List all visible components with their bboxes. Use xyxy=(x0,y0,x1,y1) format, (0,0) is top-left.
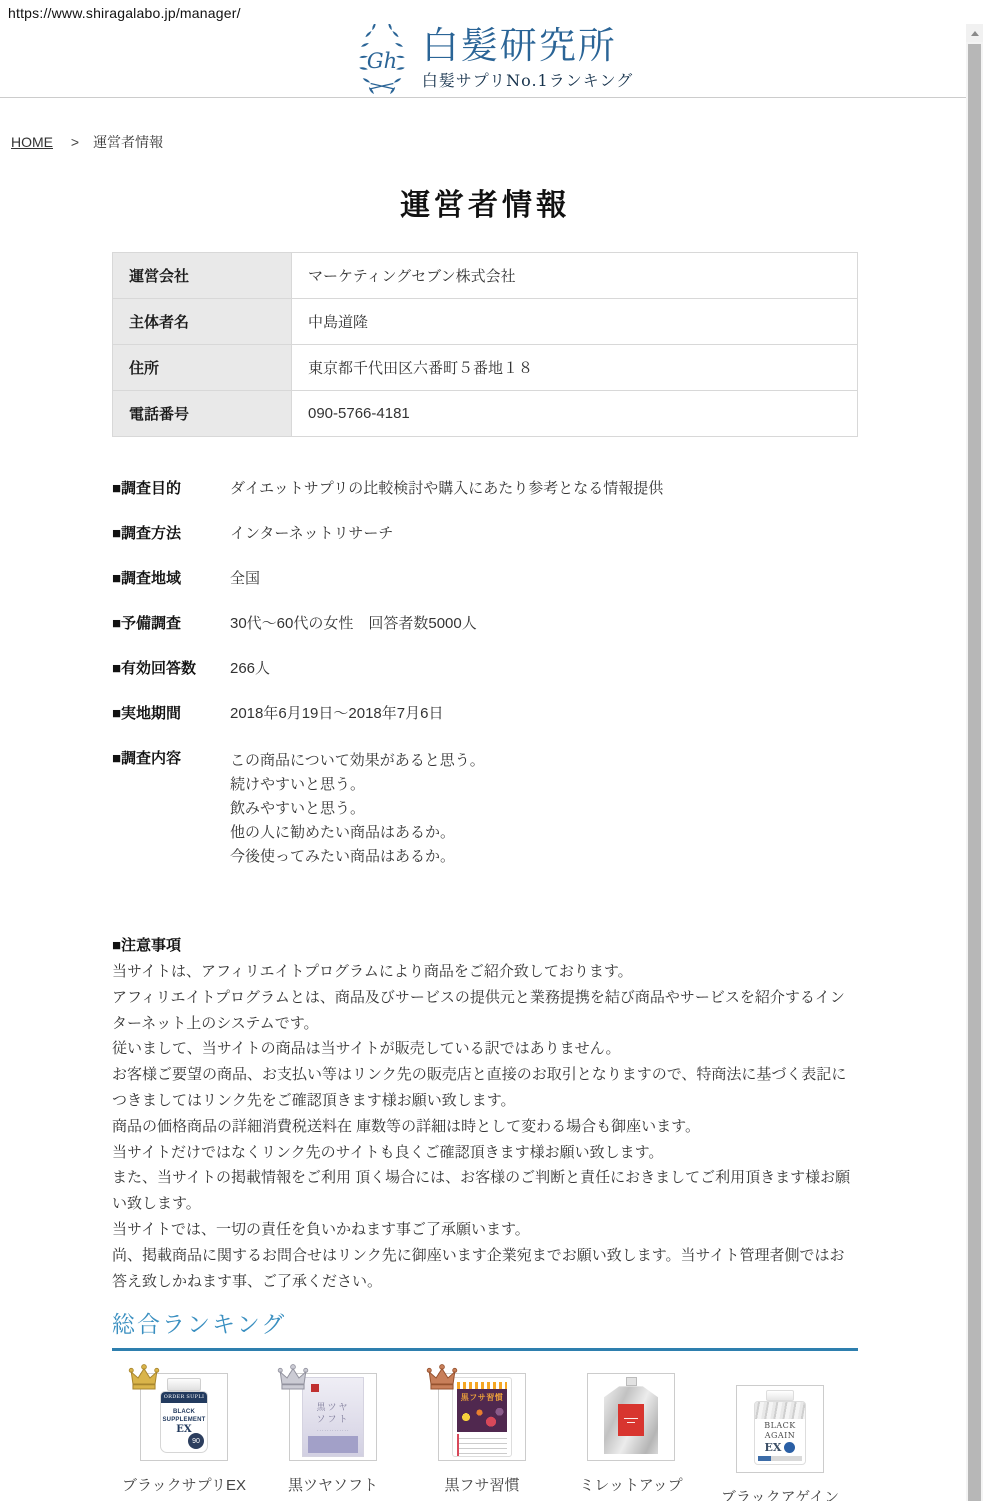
survey-item: ■実地期間 2018年6月19日～2018年7月6日 xyxy=(112,704,858,724)
bottle-cap xyxy=(167,1378,201,1391)
product-pouch-art: 黒ツヤ ソフト ･････････････ xyxy=(302,1377,364,1457)
product-pouch-art xyxy=(603,1377,659,1457)
breadcrumb-home-link[interactable]: HOME xyxy=(11,134,53,150)
survey-item-value: この商品について効果があると思う。 続けやすいと思う。 飲みやすいと思う。 他の… xyxy=(230,749,485,869)
product-name[interactable]: ブラックサプリEX xyxy=(109,1474,259,1495)
survey-content-line: 今後使ってみたい商品はあるか。 xyxy=(230,845,485,869)
site-title: 白髪研究所 xyxy=(422,27,634,66)
bottle-blue-badge xyxy=(784,1442,795,1453)
product-bottle-art: BLACK AGAIN EX xyxy=(753,1390,807,1468)
table-row-label: 主体者名 xyxy=(113,299,292,345)
pouch-logo-chip xyxy=(311,1384,319,1392)
breadcrumb: HOME > 運営者情報 xyxy=(11,132,983,152)
bottle-body: ORDER SUPLI BLACK SUPPLEMENT EX 90 xyxy=(160,1391,208,1453)
table-row-value: 090-5766-4181 xyxy=(292,391,858,437)
logo-monogram: Gh xyxy=(367,49,397,73)
product-image[interactable] xyxy=(587,1373,675,1461)
survey-item-value: 全国 xyxy=(230,569,260,589)
table-row-label: 住所 xyxy=(113,345,292,391)
notes-paragraph: 当サイトは、アフィリエイトプログラムにより商品をご紹介致しております。 xyxy=(112,959,858,985)
bronze-crown-icon xyxy=(425,1363,459,1393)
breadcrumb-separator: > xyxy=(71,134,79,150)
product-list: ORDER SUPLI BLACK SUPPLEMENT EX 90 ブラックサ… xyxy=(112,1373,858,1501)
notes-section: ■注意事項 当サイトは、アフィリエイトプログラムにより商品をご紹介致しております… xyxy=(112,933,858,1294)
product-name[interactable]: 黒フサ習慣 xyxy=(407,1474,557,1495)
page: https://www.shiragalabo.jp/manager/ xyxy=(0,0,983,1501)
table-row-value: 東京都千代田区六番町５番地１８ xyxy=(292,345,858,391)
survey-item-value: 30代～60代の女性 回答者数5000人 xyxy=(230,614,477,634)
table-row-label: 電話番号 xyxy=(113,391,292,437)
bottle-cap xyxy=(766,1390,794,1401)
product-item-black-again[interactable]: BLACK AGAIN EX ブラックアゲイン xyxy=(736,1385,826,1501)
notes-paragraph: 尚、掲載商品に関するお問合せはリンク先に御座います企業宛までお願い致します。当サ… xyxy=(112,1243,858,1295)
pouch-title-text: 黒フサ習慣 xyxy=(457,1389,507,1405)
site-logo-link[interactable]: Gh 白髪研究所 白髪サプリNo.1ランキング xyxy=(350,24,634,94)
survey-item: ■調査内容 この商品について効果があると思う。 続けやすいと思う。 飲みやすいと… xyxy=(112,749,858,869)
product-name[interactable]: ブラックアゲイン xyxy=(705,1486,855,1501)
table-row: 運営会社 マーケティングセブン株式会社 xyxy=(113,253,858,299)
survey-item: ■有効回答数 266人 xyxy=(112,659,858,679)
notes-paragraph: アフィリエイトプログラムとは、商品及びサービスの提供元と業務提携を結び商品やサー… xyxy=(112,985,858,1037)
survey-item-value: 266人 xyxy=(230,659,270,679)
survey-item-label: ■有効回答数 xyxy=(112,659,230,679)
survey-item: ■調査地域 全国 xyxy=(112,569,858,589)
ranking-heading: 総合ランキング xyxy=(112,1306,858,1351)
bottle-ex-text: EX xyxy=(765,1441,782,1454)
table-row: 主体者名 中島道隆 xyxy=(113,299,858,345)
bottle-label-text: BLACK AGAIN xyxy=(755,1421,805,1439)
table-row: 電話番号 090-5766-4181 xyxy=(113,391,858,437)
bottle-brand-text: ORDER SUPLI xyxy=(161,1392,207,1403)
survey-item: ■調査目的 ダイエットサプリの比較検討や購入にあたり参考となる情報提供 xyxy=(112,479,858,499)
pouch-red-label xyxy=(618,1404,644,1436)
product-name[interactable]: 黒ツヤソフト xyxy=(258,1474,408,1495)
site-subtitle: 白髪サプリNo.1ランキング xyxy=(422,68,634,91)
survey-item-label: ■実地期間 xyxy=(112,704,230,724)
bottle-swirl-pattern xyxy=(755,1402,805,1419)
scrollbar[interactable] xyxy=(966,24,983,1501)
gold-crown-icon xyxy=(127,1363,161,1393)
product-item-kurotsuya-soft[interactable]: 黒ツヤ ソフト ･････････････ 黒ツヤソフト xyxy=(289,1373,379,1501)
bottle-body: BLACK AGAIN EX xyxy=(754,1401,806,1465)
notes-heading: ■注意事項 xyxy=(112,933,858,959)
bottle-count-badge: 90 xyxy=(188,1433,204,1449)
pouch-top-strip xyxy=(457,1382,507,1389)
pouch-note-area xyxy=(457,1434,507,1456)
bottle-bottom-bar xyxy=(758,1456,802,1461)
bottle-label-text: BLACK SUPPLEMENT xyxy=(161,1409,207,1424)
survey-content-line: 飲みやすいと思う。 xyxy=(230,797,485,821)
notes-paragraph: 当サイトだけではなくリンク先のサイトも良くご確認頂きます様お願い致します。 xyxy=(112,1140,858,1166)
survey-item-value: ダイエットサプリの比較検討や購入にあたり参考となる情報提供 xyxy=(230,479,663,499)
pouch-bottom-band xyxy=(308,1436,358,1453)
notes-paragraph: 従いまして、当サイトの商品は当サイトが販売している訳ではありません。 xyxy=(112,1036,858,1062)
survey-content-line: この商品について効果があると思う。 xyxy=(230,749,485,773)
ranking-section: 総合ランキング ORDER SUPLI xyxy=(112,1306,858,1501)
notes-paragraph: お客様ご要望の商品、お支払い等はリンク先の販売店と直接のお取引となりますので、特… xyxy=(112,1062,858,1114)
survey-section: ■調査目的 ダイエットサプリの比較検討や購入にあたり参考となる情報提供 ■調査方… xyxy=(112,479,858,869)
scrollbar-thumb[interactable] xyxy=(968,44,981,1501)
table-row-value: マーケティングセブン株式会社 xyxy=(292,253,858,299)
silver-crown-icon xyxy=(276,1363,310,1393)
survey-item-label: ■調査内容 xyxy=(112,749,230,869)
page-title: 運営者情報 xyxy=(112,180,858,224)
product-bottle-art: ORDER SUPLI BLACK SUPPLEMENT EX 90 xyxy=(159,1378,209,1456)
table-row-label: 運営会社 xyxy=(113,253,292,299)
operator-info-table: 運営会社 マーケティングセブン株式会社 主体者名 中島道隆 住所 東京都千代田区… xyxy=(112,252,858,437)
survey-item-label: ■予備調査 xyxy=(112,614,230,634)
table-row: 住所 東京都千代田区六番町５番地１８ xyxy=(113,345,858,391)
pouch-body xyxy=(604,1386,658,1454)
page-url-text: https://www.shiragalabo.jp/manager/ xyxy=(8,5,241,21)
product-pouch-art: 黒フサ習慣 xyxy=(452,1377,512,1457)
product-name[interactable]: ミレットアップ xyxy=(556,1474,706,1495)
table-row-value: 中島道隆 xyxy=(292,299,858,345)
survey-item-label: ■調査目的 xyxy=(112,479,230,499)
pouch-illustration xyxy=(457,1405,507,1432)
notes-paragraph: 商品の価格商品の詳細消費税送料在 庫数等の詳細は時として変わる場合も御座います。 xyxy=(112,1114,858,1140)
up-arrow-icon xyxy=(971,31,979,36)
pouch-spout-cap xyxy=(626,1377,637,1386)
product-item-millet-up[interactable]: ミレットアップ xyxy=(587,1373,677,1501)
product-item-black-supple-ex[interactable]: ORDER SUPLI BLACK SUPPLEMENT EX 90 ブラックサ… xyxy=(140,1373,230,1501)
survey-item-value: 2018年6月19日～2018年7月6日 xyxy=(230,704,443,724)
notes-paragraph: 当サイトでは、一切の責任を負いかねます事ご了承願います。 xyxy=(112,1217,858,1243)
pouch-label-text: 黒ツヤ ソフト xyxy=(303,1402,363,1425)
laurel-wreath-icon: Gh xyxy=(350,24,414,94)
breadcrumb-current: 運営者情報 xyxy=(93,134,163,150)
notes-paragraph: また、当サイトの掲載情報をご利用 頂く場合には、お客様のご判断と責任におきまして… xyxy=(112,1165,858,1217)
survey-content-line: 他の人に勧めたい商品はあるか。 xyxy=(230,821,485,845)
scrollbar-up-button[interactable] xyxy=(966,24,983,42)
survey-item: ■調査方法 インターネットリサーチ xyxy=(112,524,858,544)
product-item-kurofusa-shukan[interactable]: 黒フサ習慣 黒フサ習慣 xyxy=(438,1373,528,1501)
pouch-small-text: ･････････････ xyxy=(303,1428,363,1434)
product-image[interactable]: BLACK AGAIN EX xyxy=(736,1385,824,1473)
survey-item-value: インターネットリサーチ xyxy=(230,524,393,544)
survey-item-label: ■調査方法 xyxy=(112,524,230,544)
survey-item: ■予備調査 30代～60代の女性 回答者数5000人 xyxy=(112,614,858,634)
main-content: 運営者情報 運営会社 マーケティングセブン株式会社 主体者名 中島道隆 住所 東… xyxy=(112,180,858,1501)
survey-item-label: ■調査地域 xyxy=(112,569,230,589)
survey-content-line: 続けやすいと思う。 xyxy=(230,773,485,797)
